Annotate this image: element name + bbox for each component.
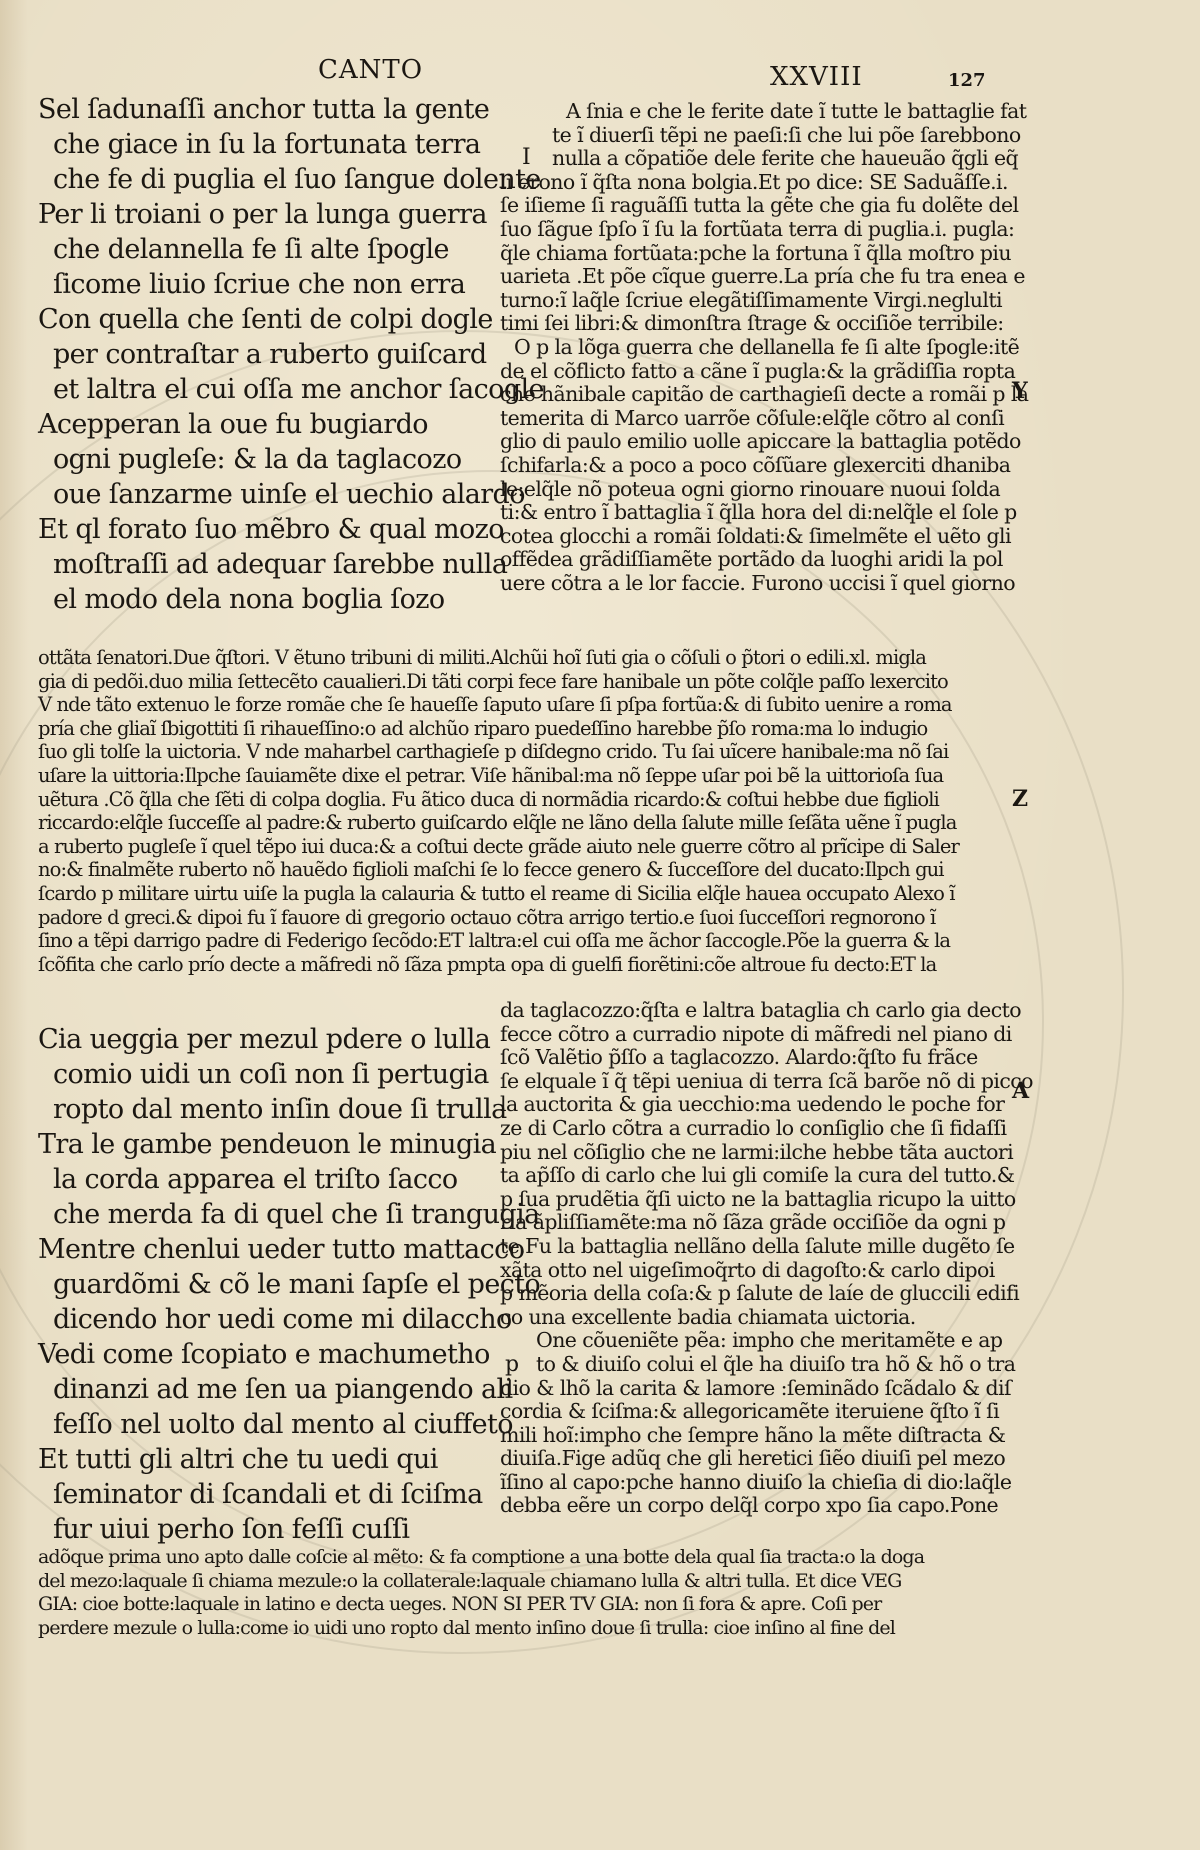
commentary-line: le:elq̃le nõ poteua ogni giorno rinouare… — [500, 478, 1010, 502]
verse-line: ropto dal mento inſin doue ſi trulla — [38, 1092, 540, 1127]
commentary-line: te ĩ diuerſi tẽpi ne paeſi:ſi che lui põ… — [500, 124, 1010, 148]
verse-line: dinanzi ad me ſen ua piangendo ali — [38, 1372, 540, 1407]
commentary-line: dio & lhõ la carita & lamore :ſeminãdo ſ… — [500, 1377, 1010, 1401]
verse-line: che giace in ſu la fortunata terra — [38, 127, 544, 162]
commentary-line: padore d greci.& dipoi fu ĩ fauore di gr… — [38, 906, 1008, 930]
commentary-line: V nde tãto extenuo le forze romãe che ſe… — [38, 693, 1008, 717]
verse-line: per contraſtar a ruberto guiſcard — [38, 337, 544, 372]
signature-mark-a: A — [1012, 1078, 1029, 1104]
commentary-line: ze di Carlo cõtra a curradio lo conſigli… — [500, 1117, 1010, 1141]
commentary-line: no:& finalmẽte ruberto nõ hauẽdo figliol… — [38, 858, 1008, 882]
verse-line: che merda fa di quel che ſi trangugia — [38, 1197, 540, 1232]
commentary-line: nulla a cõpatiõe dele ferite che haueuão… — [500, 147, 1010, 171]
verse-line: et laltra el cui oſſa me anchor ſacogle — [38, 372, 544, 407]
commentary-line: mili hoĩ:impho che ſempre hãno la mẽte d… — [500, 1424, 1010, 1448]
commentary-line: che hãnibale capitão de carthagieſi dect… — [500, 383, 1010, 407]
verse-line: oue ſanzarme uinſe el uechio alardo — [38, 477, 544, 512]
commentary-line: ta ap̃ſſo di carlo che lui gli comiſe la… — [500, 1164, 1010, 1188]
verse-line: dicendo hor uedi come mi dilaccho — [38, 1302, 540, 1337]
commentary-line: de el cõflicto fatto a cãne ĩ pugla:& la… — [500, 360, 1010, 384]
verse-line: Sel ſadunaſſi anchor tutta la gente — [38, 92, 544, 127]
commentary-line: uarieta .Et põe cĩque guerre.La pría che… — [500, 265, 1010, 289]
verse-line: Acepperan la oue fu bugiardo — [38, 407, 544, 442]
commentary-line: ria ãpliſſiamẽte:ma nõ ſãza grãde occiſi… — [500, 1211, 1010, 1235]
commentary-line: co una excellente badia chiamata uictori… — [500, 1306, 1010, 1330]
commentary-block-1: A ſnia e che le ferite date ĩ tutte le b… — [500, 100, 1010, 595]
signature-mark-y: Y — [1012, 378, 1028, 404]
verse-line: ſeminator di ſcandali et di ſciſma — [38, 1477, 540, 1512]
commentary-line: fecce cõtro a curradio nipote di mãfredi… — [500, 1023, 1010, 1047]
verse-line: ſicome liuio ſcriue che non erra — [38, 267, 544, 302]
commentary-line: uere cõtra a le lor faccie. Furono uccis… — [500, 572, 1010, 596]
commentary-line: la auctorita & gia uecchio:ma uedendo le… — [500, 1093, 1010, 1117]
commentary-line: ſe iſieme ſi raguãſſi tutta la gẽte che … — [500, 194, 1010, 218]
running-head-canto: CANTO — [318, 55, 423, 85]
commentary-line: ſuo ſãgue ſpſo ĩ ſu la fortũata terra di… — [500, 218, 1010, 242]
verse-line: Vedi come ſcopiato e machumetho — [38, 1337, 540, 1372]
verse-line: la corda apparea el triſto ſacco — [38, 1162, 540, 1197]
verse-line: Cia ueggia per mezul pdere o lulla — [38, 1022, 540, 1057]
verse-line: Con quella che ſenti de colpi dogle — [38, 302, 544, 337]
guide-letter: p — [505, 1352, 519, 1377]
commentary-line: riccardo:elq̃le ſucceſſe al padre:& rube… — [38, 811, 1008, 835]
commentary-line: GIA: cioe botte:laquale in latino e dect… — [38, 1593, 1008, 1617]
commentary-line: cotea glocchi a romãi ſoldati:& ſimelmẽt… — [500, 525, 1010, 549]
commentary-line: ſcõ Valẽtio p̃ſſo a taglacozzo. Alardo:q… — [500, 1046, 1010, 1070]
commentary-line: da taglacozzo:q̃ſta e laltra bataglia ch… — [500, 999, 1010, 1023]
commentary-line: O p la lõga guerra che dellanella fe ſi … — [500, 336, 1010, 360]
verse-line: el modo dela nona boglia ſozo — [38, 582, 544, 617]
verse-line: Tra le gambe pendeuon le minugia — [38, 1127, 540, 1162]
commentary-line: temerita di Marco uarrõe cõſule:elq̃le c… — [500, 407, 1010, 431]
verse-line: moſtraſſi ad adequar ſarebbe nulla — [38, 547, 544, 582]
verse-line: che fe di puglia el ſuo ſangue dolente — [38, 162, 544, 197]
commentary-line: debba eẽre un corpo delq̃l corpo xpo ſia… — [500, 1494, 1010, 1518]
commentary-line: del mezo:laquale ſi chiama mezule:o la c… — [38, 1570, 1008, 1594]
commentary-line: diuiſa.Fige adũq che gli heretici ſiẽo d… — [500, 1447, 1010, 1471]
commentary-line: a ruberto pugleſe ĩ quel tẽpo iui duca:&… — [38, 835, 1008, 859]
commentary-line: te.Fu la battaglia nellãno della ſalute … — [500, 1235, 1010, 1259]
commentary-line: p mẽoria della coſa:& p ſalute de laíe d… — [500, 1282, 1010, 1306]
commentary-line: uẽtura .Cõ q̃lla che ſẽti di colpa dogli… — [38, 788, 1008, 812]
commentary-line: offẽdea grãdiſſiamẽte portãdo da luoghi … — [500, 548, 1010, 572]
commentary-line: gia di pedõi.duo milia ſettecẽto caualie… — [38, 670, 1008, 694]
verse-block-1: Sel ſadunaſſi anchor tutta la gente che … — [38, 92, 544, 617]
commentary-block-2: da taglacozzo:q̃ſta e laltra bataglia ch… — [500, 999, 1010, 1518]
commentary-line: turno:ĩ laq̃le ſcriue elegãtiſſimamente … — [500, 289, 1010, 313]
verse-line: che delannella fe ſi alte ſpogle — [38, 232, 544, 267]
commentary-line: ſcõfita che carlo prío decte a mãfredi n… — [38, 953, 1008, 977]
incunable-page: CANTO XXVIII 127 Sel ſadunaſſi anchor tu… — [0, 0, 1200, 1850]
commentary-line: glio di paulo emilio uolle apiccare la b… — [500, 430, 1010, 454]
commentary-line: p ſua prudẽtia q̃ſi uicto ne la battagli… — [500, 1188, 1010, 1212]
commentary-line: ſino a tẽpi darrigo padre di Federigo ſe… — [38, 929, 1008, 953]
verse-line: feſſo nel uolto dal mento al ciuffeto — [38, 1407, 540, 1442]
commentary-line: ſcardo p militare uirtu uiſe la pugla la… — [38, 882, 1008, 906]
commentary-line: adõque prima uno apto dalle coſcie al mẽ… — [38, 1546, 1008, 1570]
commentary-line: ſe elquale ĩ q̃ tẽpi ueniua di terra ſcã… — [500, 1070, 1010, 1094]
verse-line: Et tutti gli altri che tu uedi qui — [38, 1442, 540, 1477]
commentary-line: ĩſino al capo:pche hanno diuiſo la chieſ… — [500, 1471, 1010, 1495]
commentary-line: pría che gliaĩ ſbigottiti ſi rihaueſſino… — [38, 717, 1008, 741]
commentary-bottom: adõque prima uno apto dalle coſcie al mẽ… — [38, 1546, 1008, 1640]
running-head-number: XXVIII — [770, 62, 863, 92]
verse-line: guardõmi & cõ le mani ſapſe el pecto — [38, 1267, 540, 1302]
verse-line: Et ql forato ſuo mẽbro & qual mozo — [38, 512, 544, 547]
verse-line: Per li troiani o per la lunga guerra — [38, 197, 544, 232]
signature-mark-z: Z — [1012, 786, 1028, 812]
verse-block-2: Cia ueggia per mezul pdere o lulla comio… — [38, 1022, 540, 1547]
commentary-line: piu nel cõſiglio che ne larmi:ilche hebb… — [500, 1141, 1010, 1165]
folio-number: 127 — [948, 70, 986, 91]
verse-line: fur uiui perho ſon feſſi cuſſi — [38, 1512, 540, 1547]
commentary-line: One cõueniẽte pẽa: impho che meritamẽte … — [500, 1329, 1010, 1353]
commentary-line: A ſnia e che le ferite date ĩ tutte le b… — [500, 100, 1010, 124]
commentary-full-width: ottãta ſenatori.Due q̃ſtori. V ẽtuno tri… — [38, 646, 1008, 976]
commentary-line: ottãta ſenatori.Due q̃ſtori. V ẽtuno tri… — [38, 646, 1008, 670]
commentary-line: to & diuiſo colui el q̃le ha diuiſo tra … — [500, 1353, 1010, 1377]
commentary-line: ſuo gli tolſe la uictoria. V nde maharbe… — [38, 740, 1008, 764]
commentary-line: uſare la uittoria:Ilpche ſauiamẽte dixe … — [38, 764, 1008, 788]
commentary-line: ti:& entro ĩ battaglia ĩ q̃lla hora del … — [500, 501, 1010, 525]
commentary-line: q̃le chiama fortũata:pche la fortuna ĩ q… — [500, 242, 1010, 266]
commentary-line: xãta otto nel uigeſimoq̃rto di dagoſto:&… — [500, 1259, 1010, 1283]
commentary-line: li erono ĩ q̃ſta nona bolgia.Et po dice:… — [500, 171, 1010, 195]
commentary-line: cordia & ſciſma:& allegoricamẽte iteruie… — [500, 1400, 1010, 1424]
commentary-line: timi ſei libri:& dimonſtra ſtrage & occi… — [500, 312, 1010, 336]
verse-line: Mentre chenlui ueder tutto mattacco — [38, 1232, 540, 1267]
verse-line: ogni pugleſe: & la da taglacozo — [38, 442, 544, 477]
commentary-line: ſchifarla:& a poco a poco cõſũare glexer… — [500, 454, 1010, 478]
commentary-line: perdere mezule o lulla:come io uidi uno … — [38, 1617, 1008, 1641]
verse-line: comio uidi un coſi non ſi pertugia — [38, 1057, 540, 1092]
